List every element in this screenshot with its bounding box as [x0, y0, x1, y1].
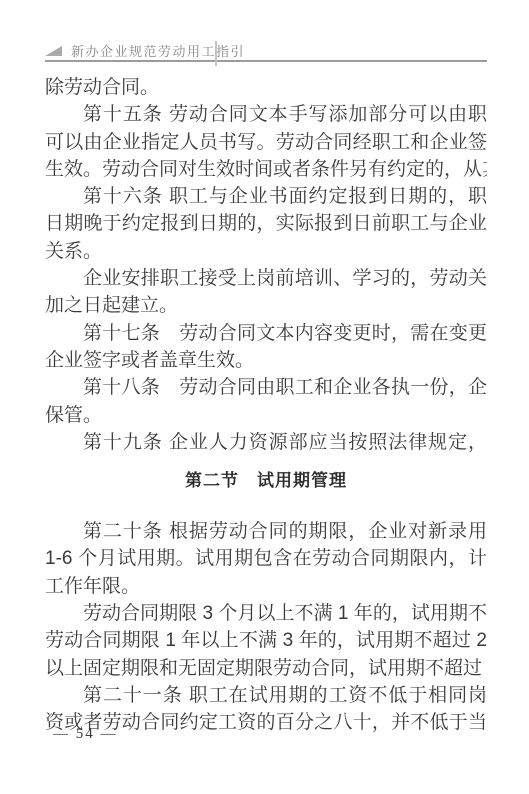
running-header-title: 新办企业规范劳动用工指引	[71, 41, 245, 60]
text-line: 劳动合同期限 3 个月以上不满 1 年的，试用期不超过 1 个月；	[45, 600, 487, 627]
text-line: 第二十一条 职工在试用期的工资不低于相同岗位最低档工	[45, 682, 487, 709]
triangle-marker-icon	[45, 46, 62, 56]
document-page: 新办企业规范劳动用工指引 除劳动合同。第十五条 劳动合同文本手写添加部分可以由职…	[0, 0, 529, 794]
header-divider-bar	[215, 41, 217, 66]
text-line: 第十九条 企业人力资源部应当按照法律规定，建立职工名册。	[45, 429, 487, 456]
text-line: 以上固定期限和无固定期限劳动合同，试用期不超过 6 个月。	[45, 655, 487, 682]
page-number: — 54 —	[53, 726, 118, 743]
text-line: 第十六条 职工与企业书面约定报到日期的，职工实际报到	[45, 183, 487, 210]
text-line: 关系。	[45, 238, 487, 265]
text-line: 第十八条 劳动合同由职工和企业各执一份，企业不替职工	[45, 374, 487, 401]
text-line: 加之日起建立。	[45, 292, 487, 319]
text-line: 可以由企业指定人员书写。劳动合同经职工和企业签字或者盖章	[45, 129, 487, 156]
text-line: 1-6 个月试用期。试用期包含在劳动合同期限内，计为本企业的	[45, 545, 487, 572]
section-heading: 第二节 试用期管理	[45, 470, 487, 492]
text-line: 生效。劳动合同对生效时间或者条件另有约定的，从其约定。	[45, 156, 487, 183]
text-line: 第十五条 劳动合同文本手写添加部分可以由职工书写，也	[45, 101, 487, 128]
text-line: 企业安排职工接受上岗前培训、学习的，劳动关系自职工参	[45, 265, 487, 292]
text-line: 日期晚于约定报到日期的，实际报到日前职工与企业不存在劳动	[45, 210, 487, 237]
text-line: 劳动合同期限 1 年以上不满 3 年的，试用期不超过 2 个月；3 年	[45, 627, 487, 654]
text-line: 除劳动合同。	[45, 74, 487, 101]
page-header: 新办企业规范劳动用工指引	[45, 40, 487, 62]
text-line: 第二十条 根据劳动合同的期限，企业对新录用的职工设定	[45, 518, 487, 545]
text-line: 企业签字或者盖章生效。	[45, 347, 487, 374]
text-line: 第十七条 劳动合同文本内容变更时，需在变更处经职工和	[45, 320, 487, 347]
document-body: 除劳动合同。第十五条 劳动合同文本手写添加部分可以由职工书写，也可以由企业指定人…	[45, 74, 487, 737]
text-line: 工作年限。	[45, 573, 487, 600]
text-line: 保管。	[45, 402, 487, 429]
